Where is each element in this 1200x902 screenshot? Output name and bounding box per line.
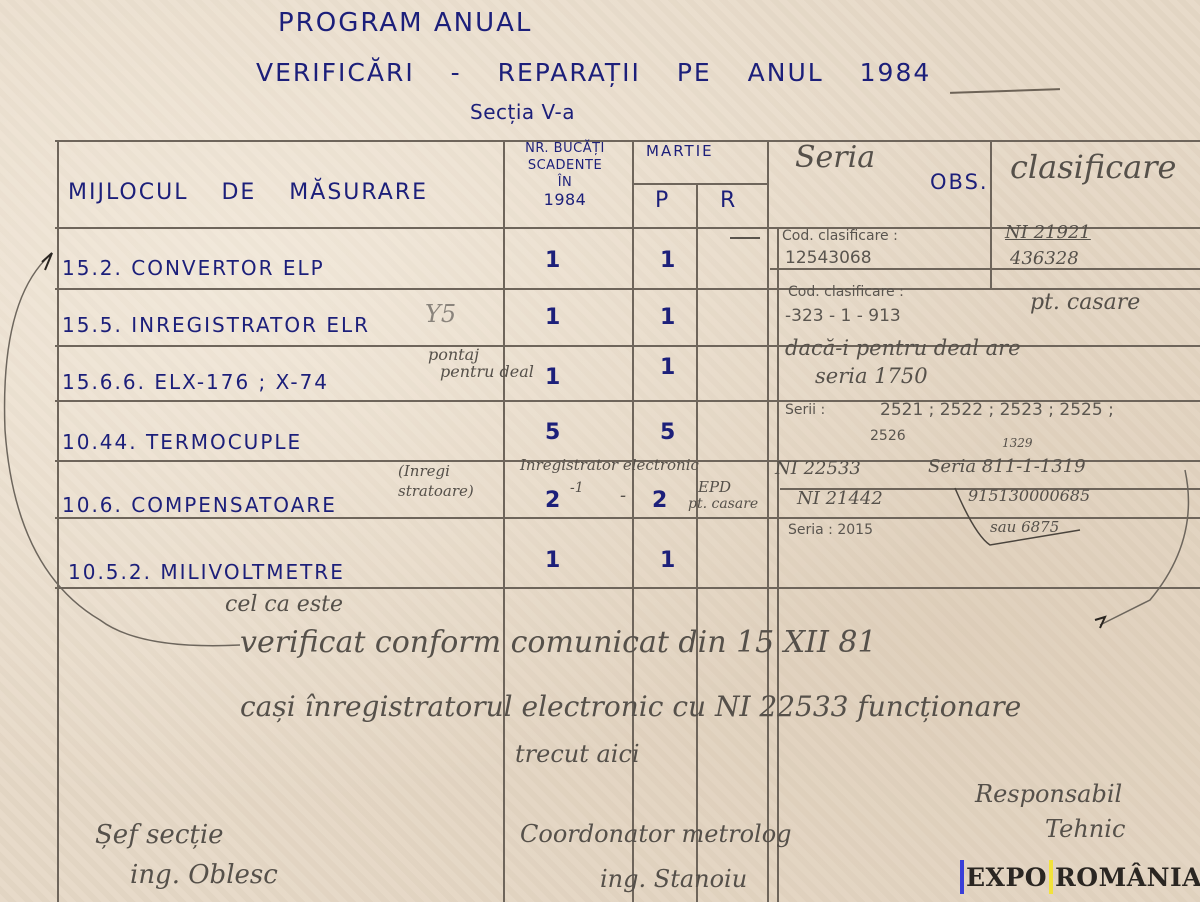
row-series-value: 2521 ; 2522 ; 2523 ; 2525 ;: [880, 400, 1114, 420]
row-planned: 1: [660, 548, 675, 573]
row-planned: 1: [660, 305, 675, 330]
row-classification-2: 436328: [1010, 248, 1079, 269]
row-item-annotation: Y5: [425, 300, 456, 328]
row-qty: 1: [545, 305, 560, 330]
document-title-line2: VERIFICĂRI - REPARAȚII PE ANUL 1984: [256, 58, 931, 87]
row-series-1: NI 22533: [775, 458, 861, 479]
signature-middle-title: Coordonator metrolog: [520, 820, 792, 848]
header-quantity-line4: 1984: [506, 191, 624, 208]
header-item: MIJLOCUL DE MĂSURARE: [68, 180, 428, 205]
note-line1-above: cel ca este: [225, 592, 343, 617]
row-item-annotation-1: (Inregi: [398, 462, 450, 480]
header-quantity-line1: NR. BUCĂȚI: [506, 140, 624, 157]
header-planned: P: [655, 188, 670, 213]
header-obs: OBS.: [930, 170, 989, 194]
row-top-note: Inregistrator electronic: [520, 456, 699, 474]
row-note: pt. casare: [1030, 290, 1140, 315]
row-realized-note-1: EPD: [698, 478, 731, 496]
signature-right-title-2: Tehnic: [1045, 815, 1125, 843]
header-quantity-line3: ÎN: [506, 174, 624, 191]
row-obs-3: sau 6875: [990, 518, 1059, 536]
row-series-3: Seria : 2015: [788, 522, 873, 538]
header-month: MARTIE: [646, 142, 714, 160]
row-item-annotation-2: stratoare): [398, 482, 474, 500]
row-item: 10.44. TERMOCUPLE: [62, 430, 302, 454]
header-quantity-line2: SCADENTE: [506, 157, 624, 174]
flag-blue-bar: [960, 860, 964, 894]
row-item: 15.5. INREGISTRATOR ELR: [62, 313, 370, 337]
signature-right-title: Responsabil: [975, 780, 1122, 808]
row-qty: 1: [545, 248, 560, 273]
header-classification: clasificare: [1010, 148, 1176, 186]
note-line2: cași înregistratorul electronic cu NI 22…: [240, 690, 1021, 723]
row-planned: 1: [660, 248, 675, 273]
header-realized: R: [720, 188, 737, 213]
row-planned: 1: [660, 355, 675, 380]
signature-left-name: ing. Oblesc: [130, 860, 278, 890]
row-realized-note-2: pt. casare: [688, 496, 758, 512]
document-title-line1: PROGRAM ANUAL: [278, 8, 532, 38]
expo-romania-watermark: EXPO ROMÂNIA: [958, 858, 1200, 896]
watermark-text-left: EXPO: [966, 863, 1047, 892]
row-qty: 2: [545, 488, 560, 513]
row-planned: 2: [652, 488, 667, 513]
row-note-1: dacă-i pentru deal are: [785, 336, 1021, 360]
row-classification-1: NI 21921: [1005, 222, 1091, 243]
row-planned: 5: [660, 420, 675, 445]
row-obs-1: Seria 811-1-1319: [928, 456, 1086, 477]
row-series-label: Cod. clasificare :: [788, 284, 904, 300]
year-underline: [950, 88, 1060, 94]
row-qty: 1: [545, 365, 560, 390]
row-item-annotation-2: pentru deal: [440, 362, 534, 381]
header-quantity: NR. BUCĂȚI SCADENTE ÎN 1984: [506, 140, 624, 208]
row-item: 15.6.6. ELX-176 ; X-74: [62, 370, 329, 394]
row-dash: -: [620, 485, 626, 506]
signature-left-title: Șef secție: [95, 820, 224, 850]
note-line1: verificat conform comunicat din 15 XII 8…: [240, 625, 877, 660]
row-series-value-2: 2526: [870, 428, 906, 444]
row-qty: 5: [545, 420, 560, 445]
header-series: Seria: [795, 140, 875, 175]
row-obs-2: 915130000685: [968, 486, 1090, 505]
row-series-label: Cod. clasificare :: [782, 228, 898, 244]
row-series-label: Serii :: [785, 402, 825, 418]
row-item: 15.2. CONVERTOR ELP: [62, 256, 325, 280]
row-note-2: seria 1750: [815, 364, 928, 388]
row-obs-correction: 1329: [1002, 436, 1033, 450]
flag-yellow-bar: [1049, 860, 1053, 894]
watermark-text-right: ROMÂNIA: [1055, 863, 1200, 892]
row-item: 10.5.2. MILIVOLTMETRE: [68, 560, 345, 584]
row-item: 10.6. COMPENSATOARE: [62, 493, 337, 517]
note-line3: trecut aici: [515, 740, 640, 768]
section-label: Secția V-a: [470, 100, 575, 124]
row-series-value: -323 - 1 - 913: [785, 306, 901, 326]
row-series-value: 12543068: [785, 248, 872, 268]
row-series-2: NI 21442: [797, 488, 883, 509]
signature-middle-name: ing. Stanoiu: [600, 865, 747, 893]
row-qty: 1: [545, 548, 560, 573]
row-qty-annotation: -1: [570, 480, 584, 496]
